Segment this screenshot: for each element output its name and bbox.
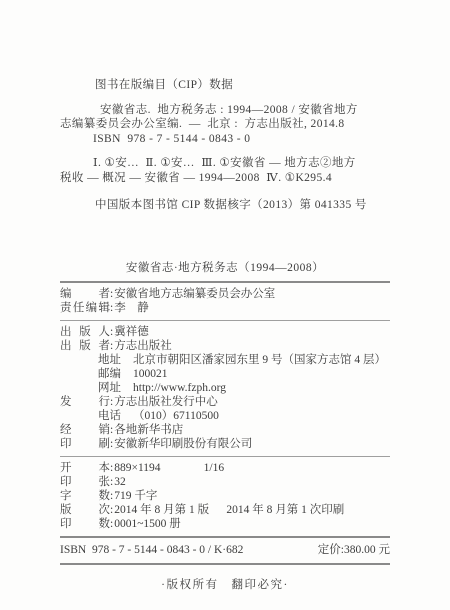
row-value: 安徽省地方志编纂委员会办公室 xyxy=(114,288,275,300)
row-colon: : xyxy=(110,424,113,436)
row-format: 开本:889×1194 1/16 xyxy=(60,461,390,475)
row-colon: : xyxy=(110,326,113,338)
price: 定价:380.00 元 xyxy=(318,543,390,557)
row-label: 电话 xyxy=(98,409,124,423)
row-label: 邮编 xyxy=(98,367,124,381)
row-address: 地址北京市朝阳区潘家园东里 9 号（国家方志馆 4 层） xyxy=(60,353,390,367)
row-label: 印数 xyxy=(60,517,110,531)
row-label: 开本 xyxy=(60,461,110,475)
row-label: 地址 xyxy=(98,353,124,367)
row-label: 经销 xyxy=(60,423,110,437)
row-value: （010）67110500 xyxy=(133,410,219,422)
editor-rows: 编者:安徽省地方志编纂委员会办公室 责任编辑:李 静 xyxy=(60,283,390,320)
row-label: 发行 xyxy=(60,395,110,409)
row-value: 方志出版社发行中心 xyxy=(114,396,218,408)
page-content: 图书在版编目（CIP）数据 安徽省志. 地方税务志 : 1994—2008 / … xyxy=(0,0,450,592)
colophon-block: 安徽省志·地方税务志（1994—2008） 编者:安徽省地方志编纂委员会办公室 … xyxy=(60,261,390,592)
cip-record-line-1: 安徽省志. 地方税务志 : 1994—2008 / 安徽省地方 xyxy=(60,103,390,118)
row-label: 印刷 xyxy=(60,437,110,451)
row-value: 各地新华书店 xyxy=(114,424,183,436)
row-label: 字数 xyxy=(60,489,110,503)
row-value: 32 xyxy=(114,476,126,488)
row-label: 版次 xyxy=(60,503,110,517)
row-responsible-editor: 责任编辑:李 静 xyxy=(60,301,390,315)
row-editor: 编者:安徽省地方志编纂委员会办公室 xyxy=(60,287,390,301)
row-label: 出版者 xyxy=(60,339,110,353)
book-title: 安徽省志·地方税务志（1994—2008） xyxy=(60,261,390,276)
row-colon: : xyxy=(110,462,113,474)
cip-verification-number: 中国版本图书馆 CIP 数据核字（2013）第 041335 号 xyxy=(60,198,390,213)
row-value: 889×1194 1/16 xyxy=(114,462,224,474)
row-edition: 版次:2014 年 8 月第 1 版 2014 年 8 月第 1 次印刷 xyxy=(60,503,390,517)
publisher-rows: 出版人:冀祥德 出版者:方志出版社 地址北京市朝阳区潘家园东里 9 号（国家方志… xyxy=(60,321,390,456)
row-label: 印张 xyxy=(60,475,110,489)
row-word-count: 字数:719 千字 xyxy=(60,489,390,503)
row-value: 李 静 xyxy=(114,302,149,314)
divider-below-isbn xyxy=(60,563,390,565)
cip-heading: 图书在版编目（CIP）数据 xyxy=(60,78,390,93)
row-colon: : xyxy=(110,490,113,502)
row-printing: 印刷:安徽新华印刷股份有限公司 xyxy=(60,437,390,451)
row-postcode: 邮编100021 xyxy=(60,367,390,381)
cip-record-line-2: 志编纂委员会办公室编. — 北京 : 方志出版社, 2014.8 xyxy=(60,117,390,132)
row-colon: : xyxy=(110,288,113,300)
row-colon: : xyxy=(110,476,113,488)
row-distribution: 发行:方志出版社发行中心 xyxy=(60,395,390,409)
row-value: 719 千字 xyxy=(114,490,157,502)
row-colon: : xyxy=(110,302,113,314)
row-publisher: 出版者:方志出版社 xyxy=(60,339,390,353)
cip-class-line-1: Ⅰ. ①安… Ⅱ. ①安… Ⅲ. ①安徽省 — 地方志②地方 xyxy=(60,156,390,171)
row-value: http://www.fzph.org xyxy=(133,382,226,394)
row-value: 0001~1500 册 xyxy=(114,518,181,530)
row-value: 北京市朝阳区潘家园东里 9 号（国家方志馆 4 层） xyxy=(133,354,386,366)
row-colon: : xyxy=(110,396,113,408)
book-copyright-page: 图书在版编目（CIP）数据 安徽省志. 地方税务志 : 1994—2008 / … xyxy=(0,0,450,610)
cip-class-line-2: 税收 — 概况 — 安徽省 — 1994—2008 Ⅳ. ①K295.4 xyxy=(60,171,390,186)
row-label: 责任编辑 xyxy=(60,301,110,315)
row-website: 网址http://www.fzph.org xyxy=(60,381,390,395)
row-sheets: 印张:32 xyxy=(60,475,390,489)
row-label: 出版人 xyxy=(60,325,110,339)
row-phone: 电话（010）67110500 xyxy=(60,409,390,423)
row-sales: 经销:各地新华书店 xyxy=(60,423,390,437)
cip-classification: Ⅰ. ①安… Ⅱ. ①安… Ⅲ. ①安徽省 — 地方志②地方 税收 — 概况 —… xyxy=(60,156,390,185)
row-label: 编者 xyxy=(60,287,110,301)
row-value: 冀祥德 xyxy=(114,326,149,338)
row-colon: : xyxy=(110,504,113,516)
row-label: 网址 xyxy=(98,381,124,395)
row-value: 100021 xyxy=(133,368,168,380)
isbn-price-row: ISBN 978 - 7 - 5144 - 0843 - 0 / K·682 定… xyxy=(60,538,390,563)
spec-rows: 开本:889×1194 1/16 印张:32 字数:719 千字 版次:2014… xyxy=(60,457,390,536)
isbn-number: ISBN 978 - 7 - 5144 - 0843 - 0 / K·682 xyxy=(60,543,243,557)
row-value: 安徽新华印刷股份有限公司 xyxy=(114,438,252,450)
cip-block: 图书在版编目（CIP）数据 安徽省志. 地方税务志 : 1994—2008 / … xyxy=(60,78,390,213)
row-value: 方志出版社 xyxy=(114,340,172,352)
cip-isbn-line: ISBN 978 - 7 - 5144 - 0843 - 0 xyxy=(60,132,390,147)
row-print-run: 印数:0001~1500 册 xyxy=(60,517,390,531)
row-colon: : xyxy=(110,438,113,450)
row-value: 2014 年 8 月第 1 版 2014 年 8 月第 1 次印刷 xyxy=(114,504,344,516)
row-colon: : xyxy=(110,518,113,530)
row-colon: : xyxy=(110,340,113,352)
row-publisher-person: 出版人:冀祥德 xyxy=(60,325,390,339)
copyright-notice: ·版权所有 翻印必究· xyxy=(60,576,390,592)
